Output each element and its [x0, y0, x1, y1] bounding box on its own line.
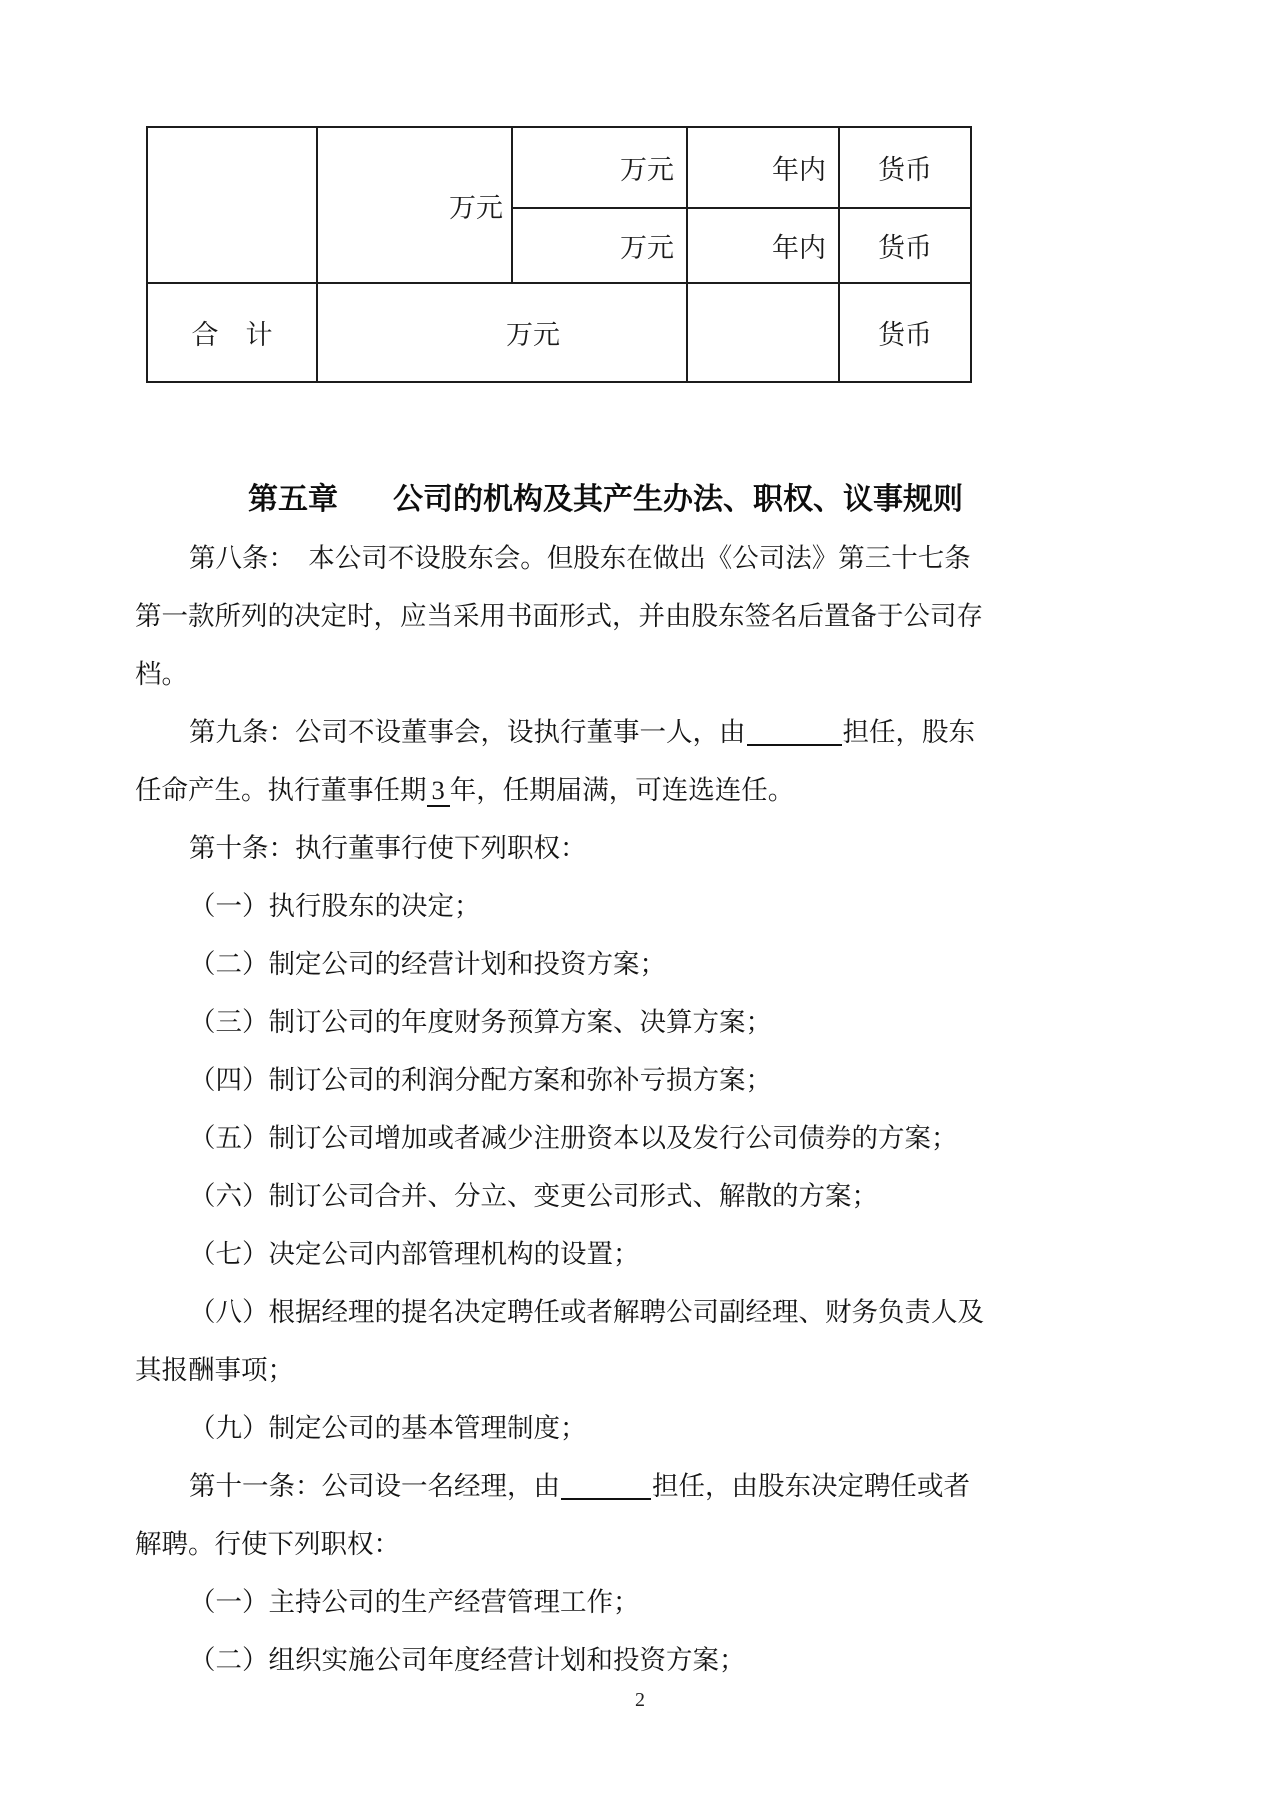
text-line-item3: （三）制订公司的年度财务预算方案、决算方案；	[135, 993, 995, 1051]
article9b-pre: 任命产生。执行董事任期	[135, 775, 427, 805]
text-line-article8-1: 第八条： 本公司不设股东会。但股东在做出《公司法》第三十七条	[135, 529, 995, 587]
fill-in-blank-manager	[561, 1498, 651, 1500]
table-cell-total-currency: 货币	[839, 283, 971, 382]
table-cell-amount-unit-row1: 万元	[512, 127, 687, 208]
text-line-article8-3: 档。	[135, 645, 995, 703]
page-number: 2	[0, 1680, 1280, 1720]
text-line-article10: 第十条：执行董事行使下列职权：	[135, 819, 995, 877]
table-cell-total-label: 合 计	[147, 283, 317, 382]
body-text: 第五章公司的机构及其产生办法、职权、议事规则 第八条： 本公司不设股东会。但股东…	[135, 471, 995, 1689]
table-cell-shareholder-blank	[147, 127, 317, 283]
article9-post: 担任，股东	[843, 717, 976, 747]
capital-table: 万元 万元 年内 货币 万元 年内 货币 合 计 万元 货币	[146, 126, 972, 383]
term-years-underlined: 3	[427, 775, 450, 807]
table-cell-amount-unit-row2: 万元	[512, 208, 687, 283]
text-line-item4: （四）制订公司的利润分配方案和弥补亏损方案；	[135, 1051, 995, 1109]
text-line-item6: （六）制订公司合并、分立、变更公司形式、解散的方案；	[135, 1167, 995, 1225]
text-line-item2: （二）制定公司的经营计划和投资方案；	[135, 935, 995, 993]
article11-pre: 第十一条：公司设一名经理，由	[189, 1471, 560, 1501]
chapter-title: 公司的机构及其产生办法、职权、议事规则	[393, 483, 963, 516]
table-cell-currency-row2: 货币	[839, 208, 971, 283]
table-cell-period-row2: 年内	[687, 208, 839, 283]
text-line-item7: （七）决定公司内部管理机构的设置；	[135, 1225, 995, 1283]
text-line-item5: （五）制订公司增加或者减少注册资本以及发行公司债券的方案；	[135, 1109, 995, 1167]
text-line-article9-1: 第九条：公司不设董事会，设执行董事一人，由担任，股东	[135, 703, 995, 761]
chapter-heading: 第五章公司的机构及其产生办法、职权、议事规则	[135, 471, 995, 529]
table-cell-total-unit: 万元	[317, 283, 687, 382]
text-line-article8-2: 第一款所列的决定时，应当采用书面形式，并由股东签名后置备于公司存	[135, 587, 995, 645]
table-cell-total-period-blank	[687, 283, 839, 382]
article11-post: 担任，由股东决定聘任或者	[652, 1471, 970, 1501]
text-line-item8-2: 其报酬事项；	[135, 1341, 995, 1399]
text-line-article9-2: 任命产生。执行董事任期3年，任期届满，可连选连任。	[135, 761, 995, 819]
chapter-number: 第五章	[248, 483, 338, 516]
table-cell-period-row1: 年内	[687, 127, 839, 208]
table-cell-currency-row1: 货币	[839, 127, 971, 208]
text-line-article11-1: 第十一条：公司设一名经理，由担任，由股东决定聘任或者	[135, 1457, 995, 1515]
article9b-post: 年，任期届满，可连选连任。	[450, 775, 795, 805]
text-line-item1: （一）执行股东的决定；	[135, 877, 995, 935]
text-line-item8-1: （八）根据经理的提名决定聘任或者解聘公司副经理、财务负责人及	[135, 1283, 995, 1341]
text-line-article11-2: 解聘。行使下列职权：	[135, 1515, 995, 1573]
fill-in-blank-director	[747, 744, 842, 746]
text-line-mgr-item1: （一）主持公司的生产经营管理工作；	[135, 1573, 995, 1631]
article9-pre: 第九条：公司不设董事会，设执行董事一人，由	[189, 717, 746, 747]
text-line-item9: （九）制定公司的基本管理制度；	[135, 1399, 995, 1457]
table-cell-subscribed-unit: 万元	[317, 127, 512, 283]
